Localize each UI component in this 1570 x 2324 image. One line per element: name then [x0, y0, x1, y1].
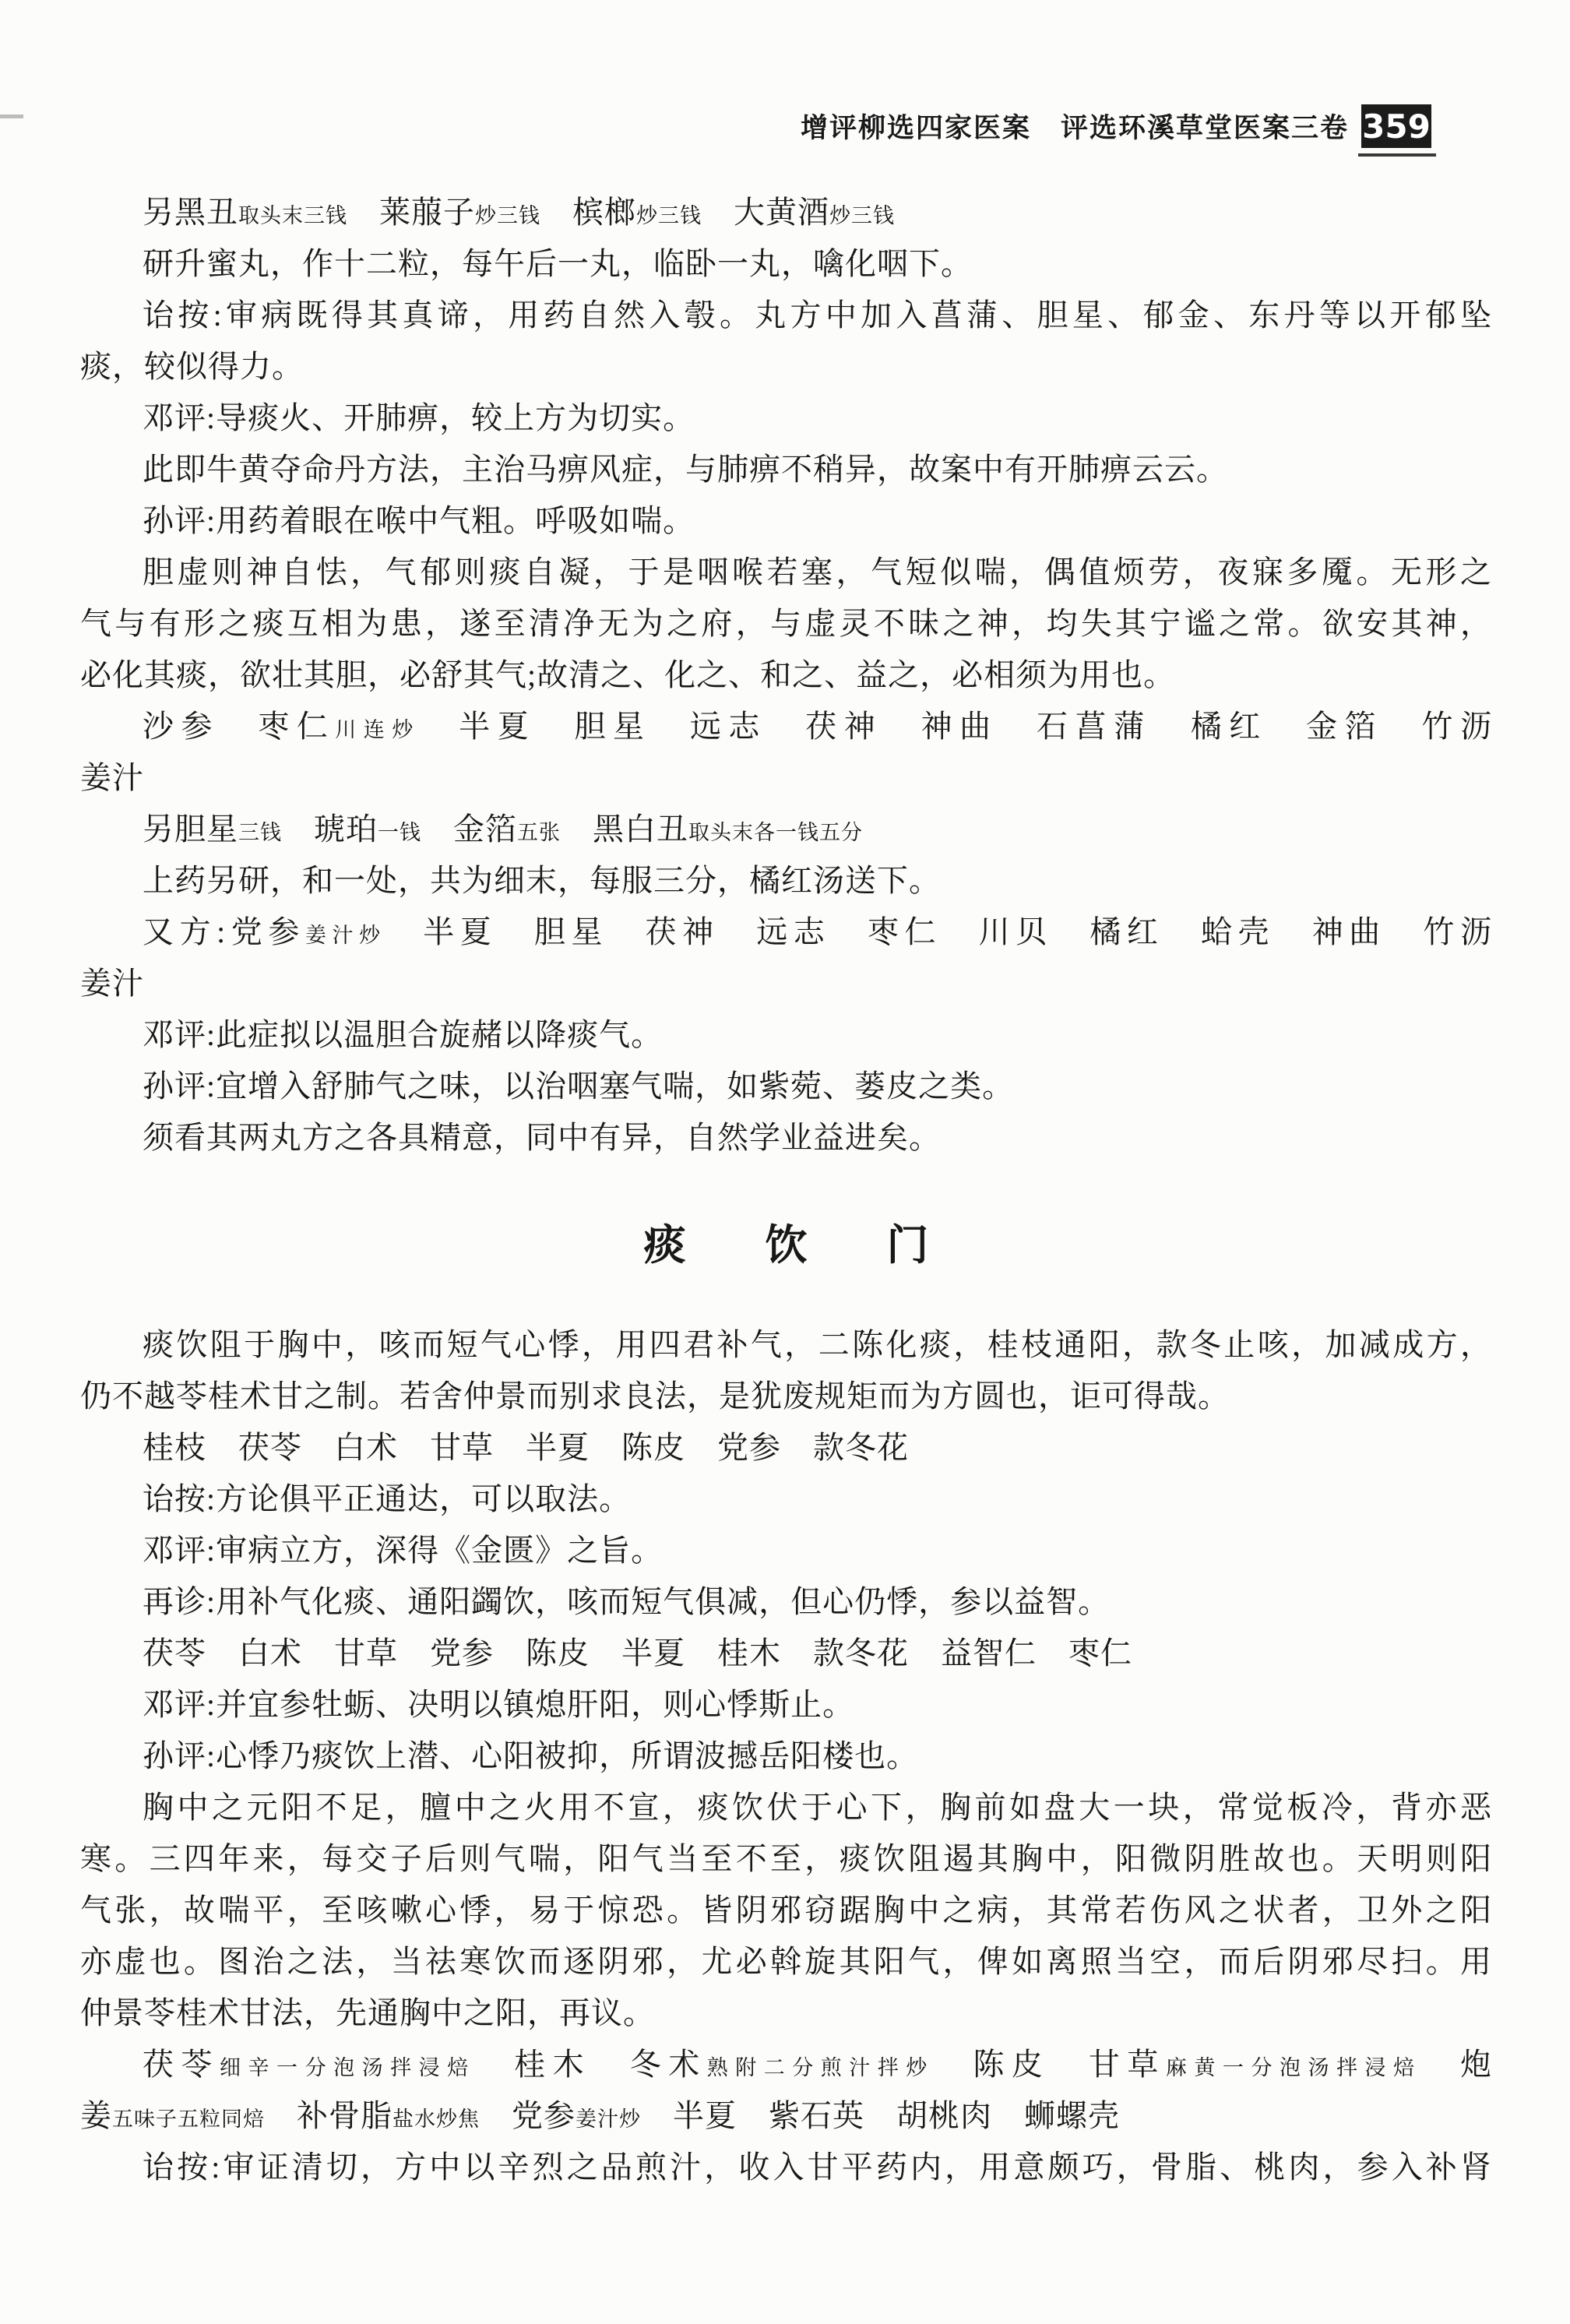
text-line: 又方:党参姜汁炒 半夏 胆星 茯神 远志 枣仁 川贝 橘红 蛤壳 神曲 竹沥 [80, 907, 1492, 958]
text-line: 诒按:方论俱平正通达，可以取法。 [80, 1474, 1492, 1525]
page-number-badge: 359 [1361, 104, 1431, 148]
dosage-annotation: 川连炒 [335, 718, 420, 741]
text-line: 另黑丑取头末三钱 莱菔子炒三钱 槟榔炒三钱 大黄酒炒三钱 [80, 187, 1492, 238]
text-run: 沙参 枣仁 [143, 709, 335, 744]
text-run: 必化其痰，欲壮其胆，必舒其气;故清之、化之、和之、益之，必相须为用也。 [80, 657, 1175, 692]
section-title: 痰 饮 门 [80, 1164, 1492, 1319]
page-number-underline [1358, 153, 1436, 157]
text-line: 气张，故喘平，至咳嗽心悸，易于惊恐。皆阴邪窃踞胸中之病，其常若伤风之状者，卫外之… [80, 1885, 1492, 1936]
dosage-annotation: 取头末三钱 [238, 204, 347, 227]
dosage-annotation: 麻黄一分泡汤拌浸焙 [1166, 2056, 1422, 2079]
text-line: 邓评:并宜参牡蛎、决明以镇熄肝阳，则心悸斯止。 [80, 1679, 1492, 1731]
text-line: 仲景苓桂术甘法，先通胸中之阳，再议。 [80, 1988, 1492, 2039]
text-run: 茯苓 [143, 2047, 220, 2082]
text-run: 仲景苓桂术甘法，先通胸中之阳，再议。 [80, 1995, 655, 2030]
text-run: 半夏 胆星 远志 茯神 神曲 石菖蒲 橘红 金箔 竹沥 [421, 709, 1492, 744]
running-head: 增评柳选四家医案评选环溪草堂医案三卷 [801, 107, 1349, 146]
text-run: 姜 [80, 2098, 112, 2133]
book-page: 增评柳选四家医案评选环溪草堂医案三卷 359 另黑丑取头末三钱 莱菔子炒三钱 槟… [0, 0, 1570, 2324]
text-line: 邓评:导痰火、开肺痹，较上方为切实。 [80, 393, 1492, 444]
dosage-annotation: 炒三钱 [636, 204, 702, 227]
text-run: 邓评:审病立方，深得《金匮》之旨。 [143, 1533, 663, 1568]
text-line: 胆虚则神自怯，气郁则痰自凝，于是咽喉若塞，气短似喘，偶值烦劳，夜寐多魇。无形之 [80, 547, 1492, 598]
page-body: 另黑丑取头末三钱 莱菔子炒三钱 槟榔炒三钱 大黄酒炒三钱研升蜜丸，作十二粒，每午… [80, 187, 1492, 2193]
text-line: 姜汁 [80, 958, 1492, 1009]
text-run: 陈皮 甘草 [935, 2047, 1166, 2082]
text-run: 另黑丑 [143, 195, 238, 230]
text-run: 仍不越苓桂术甘之制。若舍仲景而别求良法，是犹废规矩而为方圆也，讵可得哉。 [80, 1379, 1230, 1414]
text-run: 气与有形之痰互相为患，遂至清净无为之府，与虚灵不昧之神，均失其宁谧之常。欲安其神… [80, 606, 1492, 641]
text-line: 孙评:用药着眼在喉中气粗。呼吸如喘。 [80, 495, 1492, 547]
text-line: 桂枝 茯苓 白术 甘草 半夏 陈皮 党参 款冬花 [80, 1422, 1492, 1474]
text-run: 党参 [480, 2098, 576, 2133]
running-head-right: 评选环溪草堂医案三卷 [1061, 113, 1349, 143]
text-line: 沙参 枣仁川连炒 半夏 胆星 远志 茯神 神曲 石菖蒲 橘红 金箔 竹沥 [80, 701, 1492, 752]
text-run: 姜汁 [80, 760, 144, 795]
text-run: 莱菔子 [347, 195, 475, 230]
text-run: 诒按:方论俱平正通达，可以取法。 [143, 1481, 631, 1516]
dosage-annotation: 取头末各一钱五分 [688, 821, 863, 844]
text-line: 邓评:审病立方，深得《金匮》之旨。 [80, 1525, 1492, 1576]
dosage-annotation: 炒三钱 [475, 204, 540, 227]
text-run: 补骨脂 [265, 2098, 392, 2133]
text-line: 研升蜜丸，作十二粒，每午后一丸，临卧一丸，噙化咽下。 [80, 238, 1492, 290]
text-run: 研升蜜丸，作十二粒，每午后一丸，临卧一丸，噙化咽下。 [143, 246, 973, 281]
text-run: 琥珀 [282, 812, 378, 847]
text-run: 大黄酒 [702, 195, 829, 230]
text-run: 痰饮阻于胸中，咳而短气心悸，用四君补气，二陈化痰，桂枝通阳，款冬止咳，加减成方， [143, 1327, 1492, 1362]
text-line: 茯苓 白术 甘草 党参 陈皮 半夏 桂木 款冬花 益智仁 枣仁 [80, 1628, 1492, 1679]
text-line: 亦虚也。图治之法，当祛寒饮而逐阴邪，尤必斡旋其阳气，俾如离照当空，而后阴邪尽扫。… [80, 1936, 1492, 1988]
text-run: 寒。三四年来，每交子后则气喘，阳气当至不至，痰饮阻遏其胸中，阳微阴胜故也。天明则… [80, 1841, 1492, 1876]
text-run: 诒按:审证清切，方中以辛烈之品煎汁，收入甘平药内，用意颇巧，骨脂、桃肉，参入补肾 [143, 2150, 1492, 2185]
text-line: 诒按:审病既得其真谛，用药自然入彀。丸方中加入菖蒲、胆星、郁金、东丹等以开郁坠 [80, 290, 1492, 341]
text-run: 茯苓 白术 甘草 党参 陈皮 半夏 桂木 款冬花 益智仁 枣仁 [143, 1636, 1132, 1671]
dosage-annotation: 五味子五粒同焙 [112, 2107, 265, 2131]
text-line: 寒。三四年来，每交子后则气喘，阳气当至不至，痰饮阻遏其胸中，阳微阴胜故也。天明则… [80, 1833, 1492, 1885]
text-run: 孙评:心悸乃痰饮上潜、心阳被抑，所谓波撼岳阳楼也。 [143, 1738, 918, 1773]
text-line: 胸中之元阳不足，膻中之火用不宣，痰饮伏于心下，胸前如盘大一块，常觉板冷，背亦恶 [80, 1782, 1492, 1833]
running-head-left: 增评柳选四家医案 [801, 113, 1031, 143]
text-run: 金箔 [421, 812, 517, 847]
section-title-text: 痰 饮 门 [644, 1212, 948, 1272]
text-run: 桂枝 茯苓 白术 甘草 半夏 陈皮 党参 款冬花 [143, 1430, 909, 1465]
text-run: 孙评:用药着眼在喉中气粗。呼吸如喘。 [143, 503, 695, 538]
text-run: 姜汁 [80, 966, 144, 1001]
text-run: 须看其两丸方之各具精意，同中有异，自然学业益进矣。 [143, 1120, 941, 1155]
dosage-annotation: 三钱 [238, 821, 282, 844]
text-line: 姜汁 [80, 752, 1492, 804]
text-line: 再诊:用补气化痰、通阳蠲饮，咳而短气俱减，但心仍悸，参以益智。 [80, 1576, 1492, 1628]
text-run: 诒按:审病既得其真谛，用药自然入彀。丸方中加入菖蒲、胆星、郁金、东丹等以开郁坠 [143, 298, 1492, 333]
text-run: 半夏 胆星 茯神 远志 枣仁 川贝 橘红 蛤壳 神曲 竹沥 [386, 914, 1492, 949]
text-run: 黑白丑 [561, 812, 688, 847]
text-run: 气张，故喘平，至咳嗽心悸，易于惊恐。皆阴邪窃踞胸中之病，其常若伤风之状者，卫外之… [80, 1893, 1492, 1928]
text-run: 邓评:导痰火、开肺痹，较上方为切实。 [143, 400, 695, 435]
text-line: 孙评:心悸乃痰饮上潜、心阳被抑，所谓波撼岳阳楼也。 [80, 1731, 1492, 1782]
text-run: 再诊:用补气化痰、通阳蠲饮，咳而短气俱减，但心仍悸，参以益智。 [143, 1584, 1110, 1619]
dosage-annotation: 姜汁炒 [305, 924, 386, 947]
text-line: 仍不越苓桂术甘之制。若舍仲景而别求良法，是犹废规矩而为方圆也，讵可得哉。 [80, 1371, 1492, 1422]
page-header: 增评柳选四家医案评选环溪草堂医案三卷 359 [801, 104, 1431, 148]
dosage-annotation: 五张 [517, 821, 561, 844]
text-run: 亦虚也。图治之法，当祛寒饮而逐阴邪，尤必斡旋其阳气，俾如离照当空，而后阴邪尽扫。… [80, 1944, 1492, 1979]
text-run: 胸中之元阳不足，膻中之火用不宣，痰饮伏于心下，胸前如盘大一块，常觉板冷，背亦恶 [143, 1790, 1492, 1825]
text-line: 姜五味子五粒同焙 补骨脂盐水炒焦 党参姜汁炒 半夏 紫石英 胡桃肉 蛳螺壳 [80, 2090, 1492, 2142]
text-line: 上药另研，和一处，共为细末，每服三分，橘红汤送下。 [80, 855, 1492, 907]
text-run: 槟榔 [540, 195, 636, 230]
dosage-annotation: 炒三钱 [829, 204, 895, 227]
text-run: 炮 [1422, 2047, 1493, 2082]
text-run: 邓评:此症拟以温胆合旋赭以降痰气。 [143, 1017, 663, 1052]
scan-artifact-dash [0, 114, 23, 118]
text-line: 痰，较似得力。 [80, 341, 1492, 393]
dosage-annotation: 细辛一分泡汤拌浸焙 [220, 2056, 476, 2079]
text-line: 必化其痰，欲壮其胆，必舒其气;故清之、化之、和之、益之，必相须为用也。 [80, 650, 1492, 701]
text-line: 诒按:审证清切，方中以辛烈之品煎汁，收入甘平药内，用意颇巧，骨脂、桃肉，参入补肾 [80, 2142, 1492, 2193]
text-line: 另胆星三钱 琥珀一钱 金箔五张 黑白丑取头末各一钱五分 [80, 804, 1492, 855]
text-line: 茯苓细辛一分泡汤拌浸焙 桂木 冬术熟附二分煎汁拌炒 陈皮 甘草麻黄一分泡汤拌浸焙… [80, 2039, 1492, 2090]
text-run: 痰，较似得力。 [80, 349, 304, 384]
dosage-annotation: 熟附二分煎汁拌炒 [707, 2056, 935, 2079]
text-run: 孙评:宜增入舒肺气之味，以治咽塞气喘，如紫菀、蒌皮之类。 [143, 1069, 1014, 1104]
text-line: 邓评:此症拟以温胆合旋赭以降痰气。 [80, 1009, 1492, 1061]
text-run: 此即牛黄夺命丹方法，主治马痹风症，与肺痹不稍异，故案中有开肺痹云云。 [143, 452, 1228, 487]
dosage-annotation: 一钱 [378, 821, 421, 844]
text-line: 孙评:宜增入舒肺气之味，以治咽塞气喘，如紫菀、蒌皮之类。 [80, 1061, 1492, 1112]
text-run: 又方:党参 [143, 914, 305, 949]
text-line: 此即牛黄夺命丹方法，主治马痹风症，与肺痹不稍异，故案中有开肺痹云云。 [80, 444, 1492, 495]
text-line: 气与有形之痰互相为患，遂至清净无为之府，与虚灵不昧之神，均失其宁谧之常。欲安其神… [80, 598, 1492, 650]
text-run: 上药另研，和一处，共为细末，每服三分，橘红汤送下。 [143, 863, 941, 898]
text-run: 邓评:并宜参牡蛎、决明以镇熄肝阳，则心悸斯止。 [143, 1687, 854, 1722]
text-line: 痰饮阻于胸中，咳而短气心悸，用四君补气，二陈化痰，桂枝通阳，款冬止咳，加减成方， [80, 1319, 1492, 1371]
text-run: 半夏 紫石英 胡桃肉 蛳螺壳 [641, 2098, 1120, 2133]
text-run: 桂木 冬术 [476, 2047, 707, 2082]
text-run: 另胆星 [143, 812, 238, 847]
dosage-annotation: 姜汁炒 [576, 2107, 641, 2131]
text-line: 须看其两丸方之各具精意，同中有异，自然学业益进矣。 [80, 1112, 1492, 1164]
text-run: 胆虚则神自怯，气郁则痰自凝，于是咽喉若塞，气短似喘，偶值烦劳，夜寐多魇。无形之 [143, 555, 1492, 590]
dosage-annotation: 盐水炒焦 [392, 2107, 480, 2131]
